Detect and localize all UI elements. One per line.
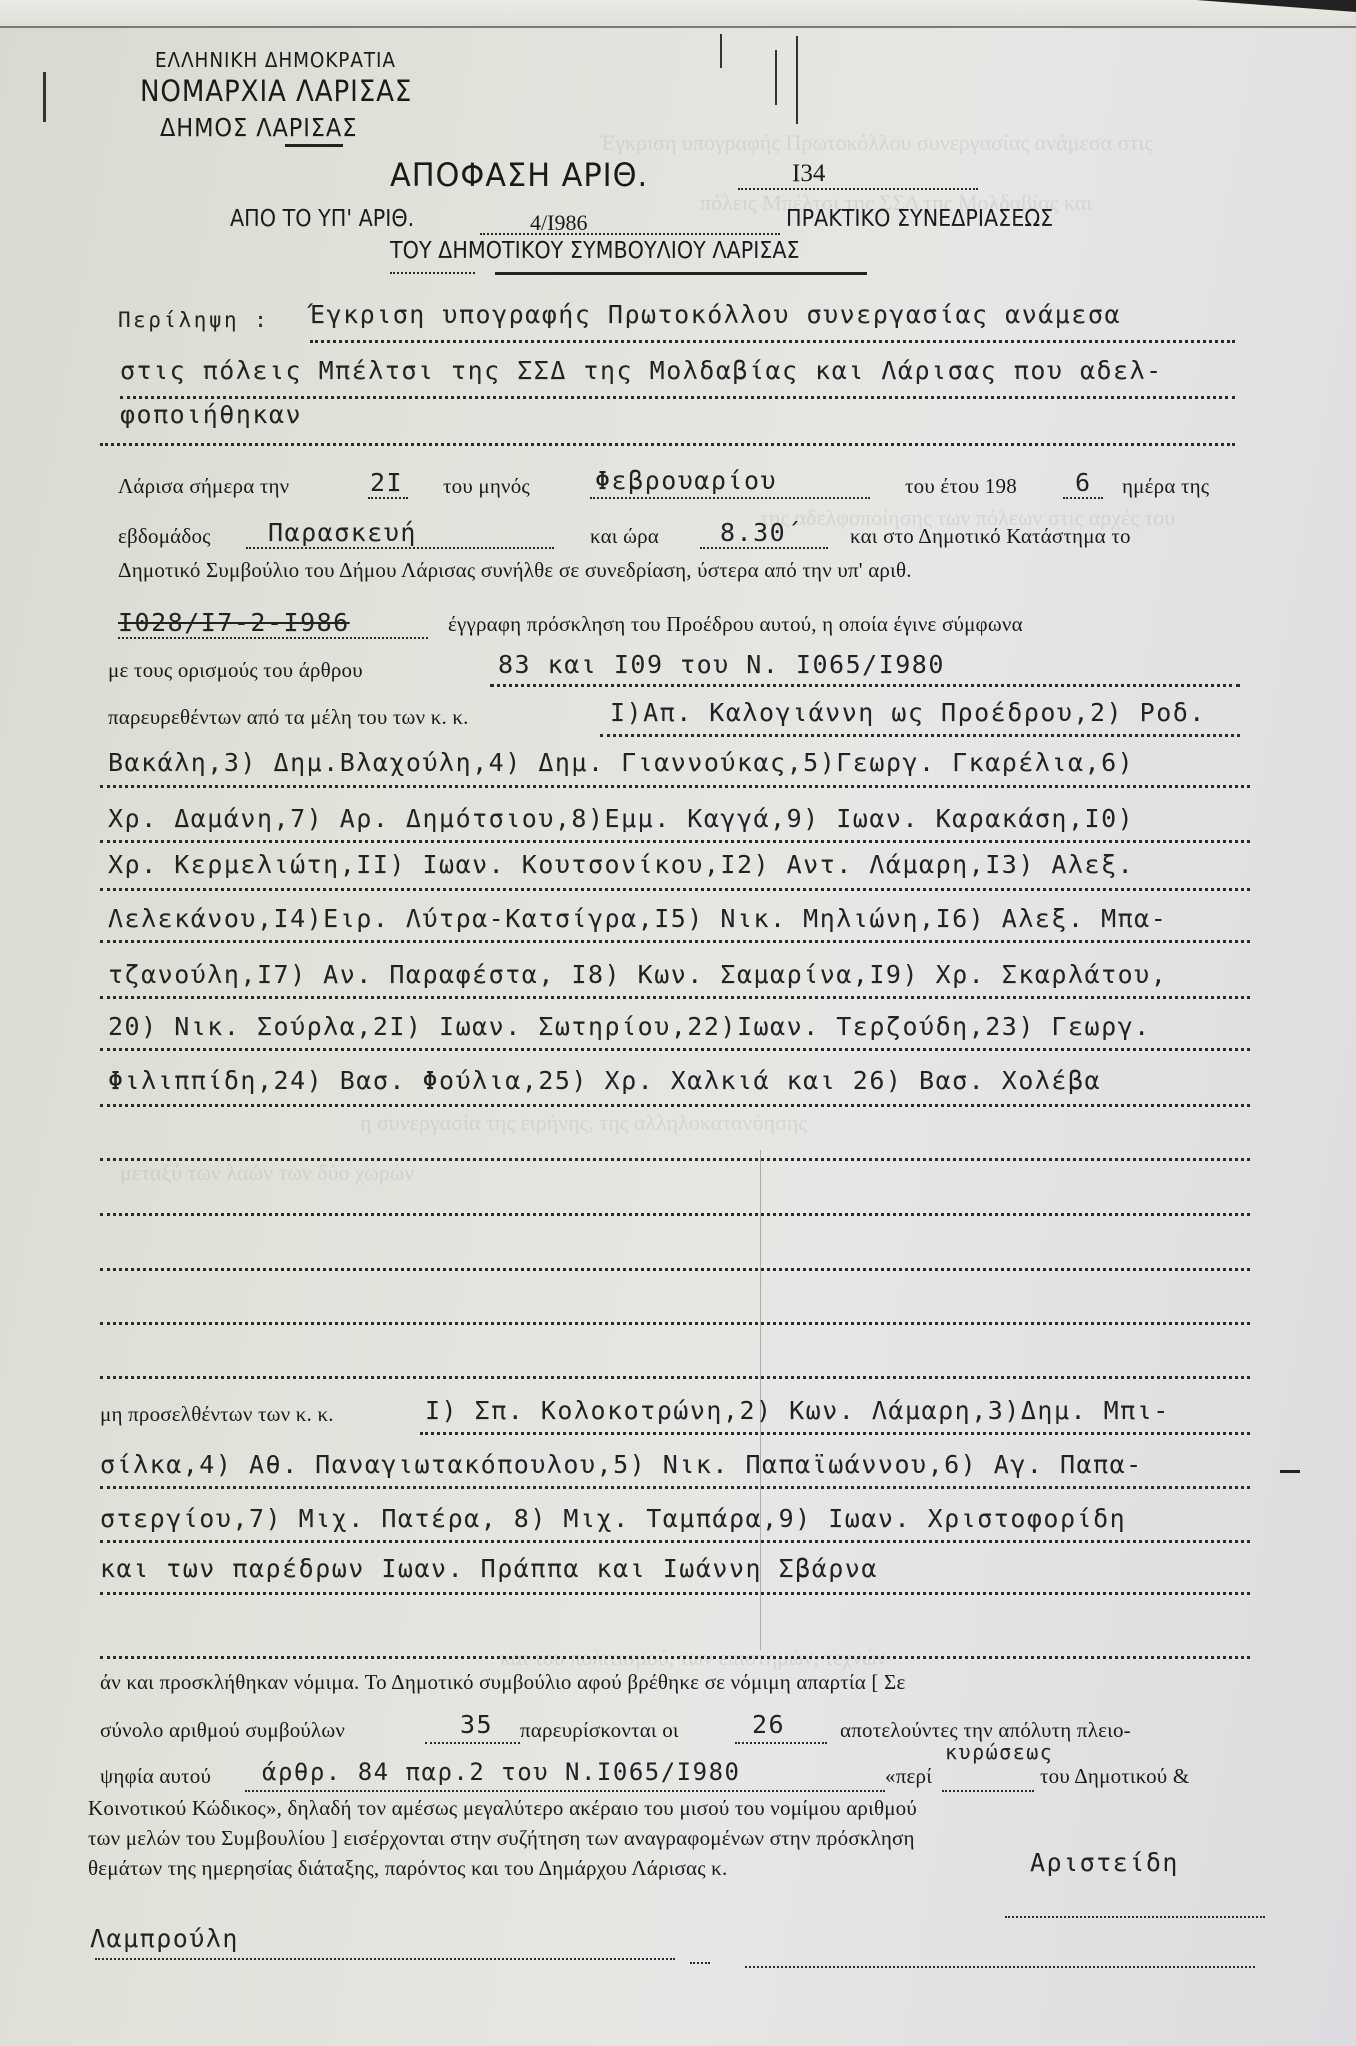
- absent-line-4: και των παρέδρων Ιωαν. Πράππα και Ιωάννη…: [100, 1554, 878, 1583]
- weekday-label-a: ημέρα της: [1122, 474, 1209, 499]
- peri-text: «περί: [885, 1764, 932, 1789]
- quorum-line-4: Κοινοτικού Κώδικος», δηλαδή τον αμέσως μ…: [88, 1796, 917, 1821]
- page-corner-shadow: [1196, 0, 1356, 12]
- location-text: και στο Δημοτικό Κατάστημα το: [850, 524, 1131, 549]
- page-top-edge: [0, 0, 1356, 28]
- articles-line: [490, 684, 1240, 687]
- minutes-prefix: ΑΠΟ ΤΟ ΥΠ' ΑΡΙΘ.: [230, 206, 414, 232]
- total-line: [425, 1742, 520, 1744]
- mayor-last-line: [745, 1966, 1255, 1968]
- kyroseos-text: κυρώσεως: [945, 1740, 1053, 1764]
- municipality-heading: ΔΗΜΟΣ ΛΑΡΙΣΑΣ: [160, 113, 357, 142]
- present-count-label: παρευρίσκονται οι: [520, 1718, 679, 1743]
- summary-line-3: φοποιήθηκαν: [120, 400, 302, 429]
- legal-reference-line: [245, 1790, 885, 1792]
- total-label: σύνολο αριθμού συμβούλων: [100, 1718, 345, 1743]
- present-rule: [100, 785, 1250, 788]
- summary-line-2: στις πόλεις Μπέλτσι της ΣΣΔ της Μολδαβία…: [120, 356, 1163, 385]
- meeting-month: Φεβρουαρίου: [595, 466, 777, 495]
- invitation-number: Ι028/Ι7-2-Ι986: [118, 608, 350, 637]
- absent-rule: [100, 1592, 1250, 1595]
- present-count: 26: [752, 1710, 785, 1739]
- present-rule: [100, 1104, 1250, 1107]
- blank-rule: [100, 1158, 1250, 1161]
- mayor-last-name: Λαμπρούλη: [90, 1924, 239, 1953]
- summary-line-rule: [100, 443, 1235, 446]
- council-text: Δημοτικό Συμβούλιο του Δήμου Λάρισας συν…: [118, 558, 912, 583]
- place-today-label: Λάρισα σήμερα την: [118, 474, 289, 499]
- meeting-weekday: Παρασκευή: [268, 518, 417, 547]
- month-label: του μηνός: [443, 474, 530, 499]
- present-rule: [100, 888, 1250, 891]
- prefecture-heading: ΝΟΜΑΡΧΙΑ ΛΑΡΙΣΑΣ: [140, 74, 412, 108]
- margin-mark: [775, 50, 777, 105]
- meeting-time: 8.30΄: [720, 518, 803, 547]
- year-label: του έτου 198: [905, 474, 1017, 499]
- present-line-5: Λελεκάνου,Ι4)Ειρ. Λύτρα-Κατσίγρα,Ι5) Νικ…: [108, 904, 1167, 933]
- margin-dash: [1280, 1470, 1300, 1473]
- weekday-label-b: εβδομάδος: [118, 524, 211, 549]
- summary-line-rule: [120, 396, 1235, 399]
- decision-number-line: [738, 188, 978, 190]
- present-rule: [600, 734, 1240, 737]
- mayor-last-line: [95, 1958, 675, 1960]
- month-line: [590, 497, 870, 499]
- present-line-1: Ι)Απ. Καλογιάννη ως Προέδρου,2) Ροδ.: [610, 698, 1206, 727]
- meeting-day: 2Ι: [370, 468, 403, 497]
- heading-underline: [285, 144, 343, 147]
- present-line-3: Χρ. Δαμάνη,7) Αρ. Δημότσιου,8)Εμμ. Καγγά…: [108, 804, 1134, 833]
- council-heading: ΤΟΥ ΔΗΜΟΤΙΚΟΥ ΣΥΜΒΟΥΛΙΟΥ ΛΑΡΙΣΑΣ: [390, 238, 800, 264]
- republic-heading: ΕΛΛΗΝΙΚΗ ΔΗΜΟΚΡΑΤΙΑ: [155, 48, 396, 72]
- invitation-line: [118, 637, 428, 639]
- absent-rule: [100, 1540, 1250, 1543]
- legal-reference: άρθρ. 84 παρ.2 του Ν.Ι065/Ι980: [262, 1758, 740, 1786]
- absent-line-3: στεργίου,7) Μιχ. Πατέρα, 8) Μιχ. Ταμπάρα…: [100, 1504, 1126, 1533]
- bleed-through-text: Έγκριση υπογραφής Πρωτοκόλλου συνεργασία…: [600, 130, 1153, 156]
- summary-line-1: Έγκριση υπογραφής Πρωτοκόλλου συνεργασία…: [310, 300, 1121, 329]
- majority-label: ψηφία αυτού: [100, 1764, 211, 1789]
- absent-rule: [420, 1432, 1250, 1435]
- present-rule: [100, 840, 1250, 843]
- blank-rule: [100, 1268, 1250, 1271]
- decision-number: Ι34: [792, 160, 825, 188]
- total-members: 35: [460, 1710, 493, 1739]
- invitation-text: έγγραφη πρόσκληση του Προέδρου αυτού, η …: [448, 612, 1023, 637]
- mayor-last-line: [690, 1962, 710, 1964]
- present-line-8: Φιλιππίδη,24) Βασ. Φούλια,25) Χρ. Χαλκιά…: [108, 1066, 1101, 1095]
- articles-label: με τους ορισμούς του άρθρου: [108, 658, 363, 683]
- quorum-line-6: θεμάτων της ημερησίας διάταξης, παρόντος…: [88, 1856, 727, 1881]
- present-line-2: Βακάλη,3) Δημ.Βλαχούλη,4) Δημ. Γιαννούκα…: [108, 748, 1134, 777]
- council-underline: [495, 272, 867, 275]
- decision-label: ΑΠΟΦΑΣΗ ΑΡΙΘ.: [390, 156, 648, 194]
- absent-rule: [100, 1486, 1250, 1489]
- margin-mark: [796, 36, 798, 124]
- meeting-year-digit: 6: [1075, 468, 1092, 497]
- quorum-line-5: των μελών του Συμβουλίου ] εισέρχονται σ…: [88, 1826, 915, 1851]
- present-rule: [100, 940, 1250, 943]
- margin-mark: [43, 72, 46, 122]
- council-dotted: [390, 272, 475, 274]
- day-line: [368, 497, 408, 499]
- present-rule: [100, 1048, 1250, 1051]
- present-line-7: 20) Νικ. Σούρλα,2Ι) Ιωαν. Σωτηρίου,22)Ιω…: [108, 1012, 1151, 1041]
- present-label: παρευρεθέντων από τα μέλη του των κ. κ.: [108, 705, 469, 730]
- minutes-number-line: [480, 233, 780, 235]
- kyroseos-line: [942, 1790, 1034, 1792]
- absent-label: μη προσελθέντων των κ. κ.: [100, 1402, 334, 1427]
- bleed-through-text: η συνεργασία της ειρήνης, της αλληλοκατα…: [360, 1110, 807, 1136]
- summary-label: Περίληψη :: [118, 308, 269, 332]
- present-line-6: τζανούλη,Ι7) Αν. Παραφέστα, Ι8) Κων. Σαμ…: [108, 960, 1167, 989]
- quorum-line-1: άν και προσκλήθηκαν νόμιμα. Το Δημοτικό …: [100, 1670, 905, 1695]
- weekday-line: [246, 547, 554, 549]
- absent-line-1: Ι) Σπ. Κολοκοτρώνη,2) Κων. Λάμαρη,3)Δημ.…: [425, 1396, 1170, 1425]
- bleed-through-text: μεταξύ των λαών των δύο χωρών: [120, 1160, 414, 1186]
- time-line: [700, 547, 828, 549]
- year-line: [1063, 497, 1103, 499]
- present-count-line: [735, 1742, 827, 1744]
- minutes-suffix: ΠΡΑΚΤΙΚΟ ΣΥΝΕΔΡΙΑΣΕΩΣ: [786, 206, 1053, 232]
- present-rule: [100, 996, 1250, 999]
- absent-line-2: σίλκα,4) Αθ. Παναγιωτακόπουλου,5) Νικ. Π…: [100, 1450, 1143, 1479]
- time-label: και ώρα: [590, 524, 659, 549]
- margin-mark: [720, 34, 722, 68]
- mayor-first-line: [1005, 1916, 1265, 1918]
- code-text: του Δημοτικού &: [1040, 1764, 1189, 1789]
- articles-value: 83 και Ι09 του Ν. Ι065/Ι980: [498, 650, 945, 679]
- blank-rule: [100, 1376, 1250, 1379]
- mayor-first-name: Αριστείδη: [1030, 1848, 1179, 1877]
- present-line-4: Χρ. Κερμελιώτη,ΙΙ) Ιωαν. Κουτσονίκου,Ι2)…: [108, 850, 1134, 879]
- blank-rule: [100, 1656, 1250, 1659]
- blank-rule: [100, 1322, 1250, 1325]
- summary-line-rule: [310, 340, 1235, 343]
- document-page: Έγκριση υπογραφής Πρωτοκόλλου συνεργασία…: [0, 0, 1356, 2046]
- blank-rule: [100, 1213, 1250, 1216]
